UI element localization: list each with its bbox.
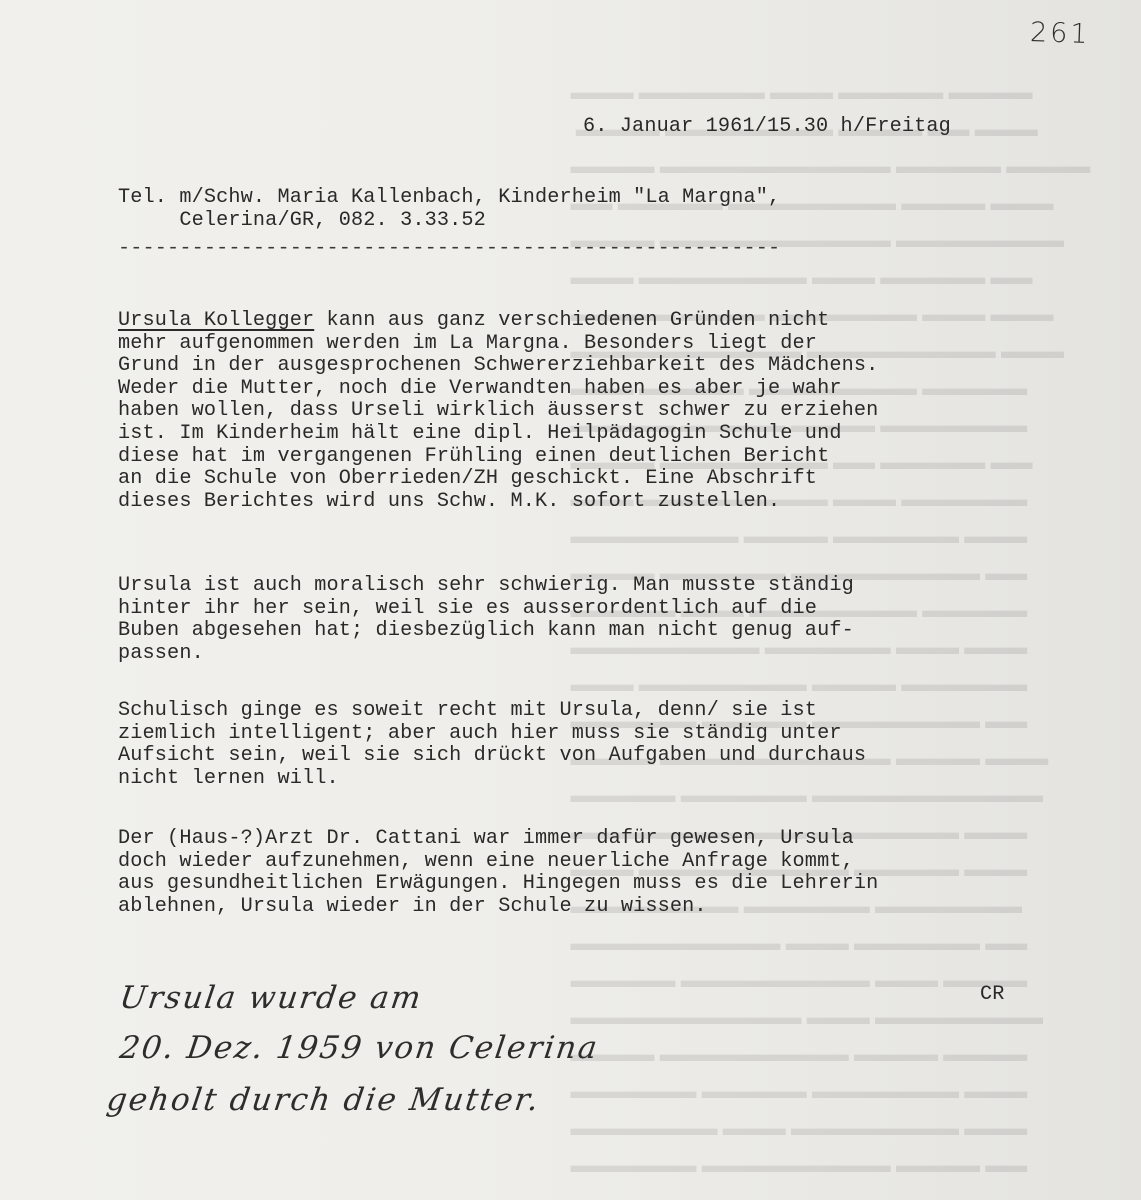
paragraph-1: Ursula Kollegger kann aus ganz verschied… [118,310,878,513]
paragraph-4-line-4: ablehnen, Ursula wieder in der Schule zu… [118,895,707,918]
paragraph-2: Ursula ist auch moralisch sehr schwierig… [118,575,854,665]
paragraph-1-line-8: an die Schule von Oberrieden/ZH geschick… [118,467,817,490]
paragraph-1-line-4: Weder die Mutter, noch die Verwandten ha… [118,377,842,400]
paragraph-3-line-2: ziemlich intelligent; aber auch hier mus… [118,722,842,745]
paragraph-2-line-2: hinter ihr her sein, weil sie es aussero… [118,597,817,620]
subject-name: Ursula Kollegger [118,309,314,332]
paragraph-4-line-2: doch wieder aufzunehmen, wenn eine neuer… [118,850,854,873]
paragraph-1-line-7: diese hat im vergangenen Frühling einen … [118,445,829,468]
paragraph-1-line-5: haben wollen, dass Urseli wirklich äusse… [118,399,878,422]
paragraph-2-line-1: Ursula ist auch moralisch sehr schwierig… [118,574,854,597]
paragraph-1-line-9: dieses Berichtes wird uns Schw. M.K. sof… [118,490,780,513]
paragraph-4-line-1: Der (Haus-?)Arzt Dr. Cattani war immer d… [118,827,854,850]
paragraph-2-line-4: passen. [118,642,204,665]
header-line-1: Tel. m/Schw. Maria Kallenbach, Kinderhei… [118,186,780,209]
handwritten-note-line-3: geholt durch die Mutter. [104,1082,542,1118]
author-initials: CR [980,984,1005,1007]
paragraph-3: Schulisch ginge es soweit recht mit Ursu… [118,700,866,790]
paragraph-1-line-2: mehr aufgenommen werden im La Margna. Be… [118,332,817,355]
scanned-page: ▬▬▬ ▬▬▬▬▬▬ ▬▬▬ ▬▬▬▬▬ ▬▬▬▬ ▬▬▬▬ ▬▬▬▬▬▬▬▬ … [0,0,1141,1200]
paragraph-1-line-1: kann aus ganz verschiedenen Gründen nich… [314,309,829,332]
paragraph-4: Der (Haus-?)Arzt Dr. Cattani war immer d… [118,828,878,918]
paragraph-4-line-3: aus gesundheitlichen Erwägungen. Hingege… [118,872,878,895]
paragraph-3-line-1: Schulisch ginge es soweit recht mit Ursu… [118,699,817,722]
header-line-2: Celerina/GR, 082. 3.33.52 [118,209,486,232]
handwritten-page-number: 261 [1029,17,1091,50]
paragraph-1-line-6: ist. Im Kinderheim hält eine dipl. Heilp… [118,422,842,445]
paragraph-1-line-3: Grund in der ausgesprochenen Schwererzie… [118,354,878,377]
call-header: Tel. m/Schw. Maria Kallenbach, Kinderhei… [118,187,780,232]
paragraph-3-line-4: nicht lernen will. [118,767,339,790]
handwritten-note-line-1: Ursula wurde am [117,980,424,1016]
handwritten-note-line-2: 20. Dez. 1959 von Celerina [117,1030,601,1066]
paragraph-3-line-3: Aufsicht sein, weil sie sich drückt von … [118,744,866,767]
paragraph-2-line-3: Buben abgesehen hat; diesbezüglich kann … [118,619,854,642]
dateline: 6. Januar 1961/15.30 h/Freitag [583,116,951,139]
dashed-divider: ----------------------------------------… [118,238,968,250]
